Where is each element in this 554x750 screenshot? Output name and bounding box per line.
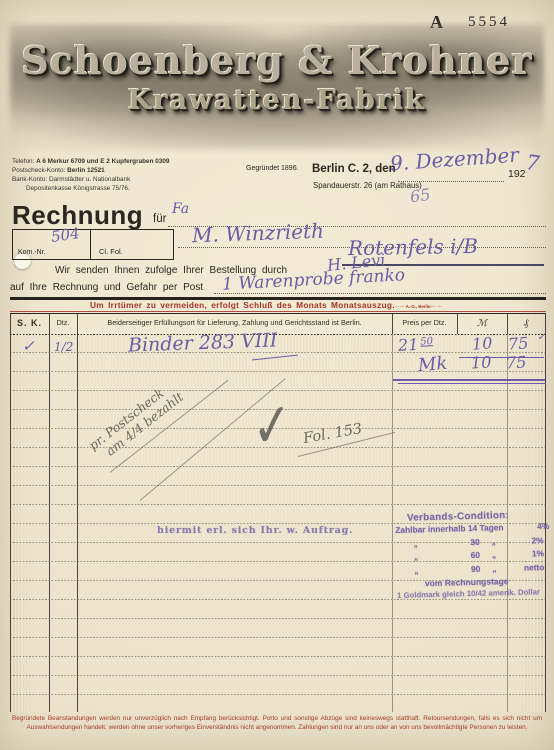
shipment-writing-line: [214, 293, 546, 294]
place-date-label: Berlin C. 2, den: [312, 163, 396, 175]
handwritten-unit-price: 2150: [398, 334, 434, 355]
handwritten-amount-mark: 10: [471, 333, 493, 353]
col-header-mark: ℳ: [457, 318, 507, 329]
col-header-dtz: Dtz.: [49, 318, 77, 327]
contact-block: Telefon: A 6 Merkur 6709 und E 2 Kupferg…: [12, 157, 169, 193]
handwritten-customer-name: M. Winzrieth: [192, 219, 325, 248]
handwritten-amount-pfennig: 75: [507, 333, 529, 353]
col-header-price: Preis per Dtz.: [392, 318, 457, 327]
handwritten-for: Fa: [172, 201, 189, 217]
pencil-checkmark: ✓: [250, 389, 295, 463]
kommission-box-divider: [90, 230, 91, 259]
letterhead: Schoenberg & Krohner Krawatten-Fabrik: [16, 28, 538, 150]
table-top-border: [10, 313, 546, 314]
col-header-pfennig: ₰: [507, 318, 545, 329]
pencil-number: 65: [409, 185, 432, 207]
cl-fol-label: Cl. Fol.: [99, 247, 123, 256]
company-subtitle: Krawatten-Fabrik: [16, 85, 538, 116]
phone-line: Telefon: A 6 Merkur 6709 und E 2 Kupferg…: [12, 157, 169, 166]
company-name: Schoenberg & Krohner: [16, 38, 538, 83]
total-label-handwritten: Mk: [417, 353, 448, 376]
total-underline-2: [398, 383, 546, 384]
printer-mark: ··· ··· A.-G., Berlin-··· ···: [395, 304, 442, 309]
deposit-branch-line: Depositenkasse Königstrasse 75/76.: [12, 184, 169, 193]
kommission-box: Kom.-Nr. 504 Cl. Fol.: [12, 229, 174, 260]
shipping-sentence-2: auf Ihre Rechnung und Gefahr per Post: [10, 282, 203, 293]
red-notice: Um Irrtümer zu vermeiden, erfolgt Schluß…: [90, 300, 442, 310]
terms-fine-print: Begründete Beanstandungen werden nur unv…: [12, 715, 542, 732]
handwritten-kom-nr: 504: [50, 224, 81, 246]
handwritten-check: ✓: [22, 337, 35, 355]
printed-year: 192: [508, 168, 526, 180]
bank-account-line: Bank-Konto: Darmstädter u. Nationalbank: [12, 175, 169, 184]
total-underline-1: [393, 379, 545, 381]
conditions-stamp: Verbands-Condition: Zahlbar innerhalb 14…: [395, 509, 551, 600]
col-header-sk: S. K.: [10, 318, 49, 328]
row-tick: ✓: [537, 330, 546, 343]
founded-note: Gegründet 1896.: [246, 165, 299, 172]
total-pfennig: 75: [506, 352, 527, 372]
handwritten-quantity: 1/2: [54, 340, 73, 354]
kom-nr-label: Kom.-Nr.: [18, 249, 46, 256]
street-address: Spandauerstr. 26 (am Rathaus): [313, 181, 422, 190]
order-confirmation-stamp: hiermit erl. sich Ihr. w. Auftrag.: [157, 525, 353, 536]
postal-account-line: Postscheck-Konto: Berlin 12521: [12, 166, 169, 175]
invoice-document: A 5554 Schoenberg & Krohner Krawatten-Fa…: [0, 0, 554, 750]
col-header-description: Beiderseitiger Erfüllungsort für Lieferu…: [77, 318, 392, 327]
handwritten-year-digit: 7: [524, 150, 541, 176]
invoice-for-label: für: [153, 213, 166, 225]
red-rule: [10, 311, 546, 312]
total-mark: 10: [471, 352, 492, 372]
